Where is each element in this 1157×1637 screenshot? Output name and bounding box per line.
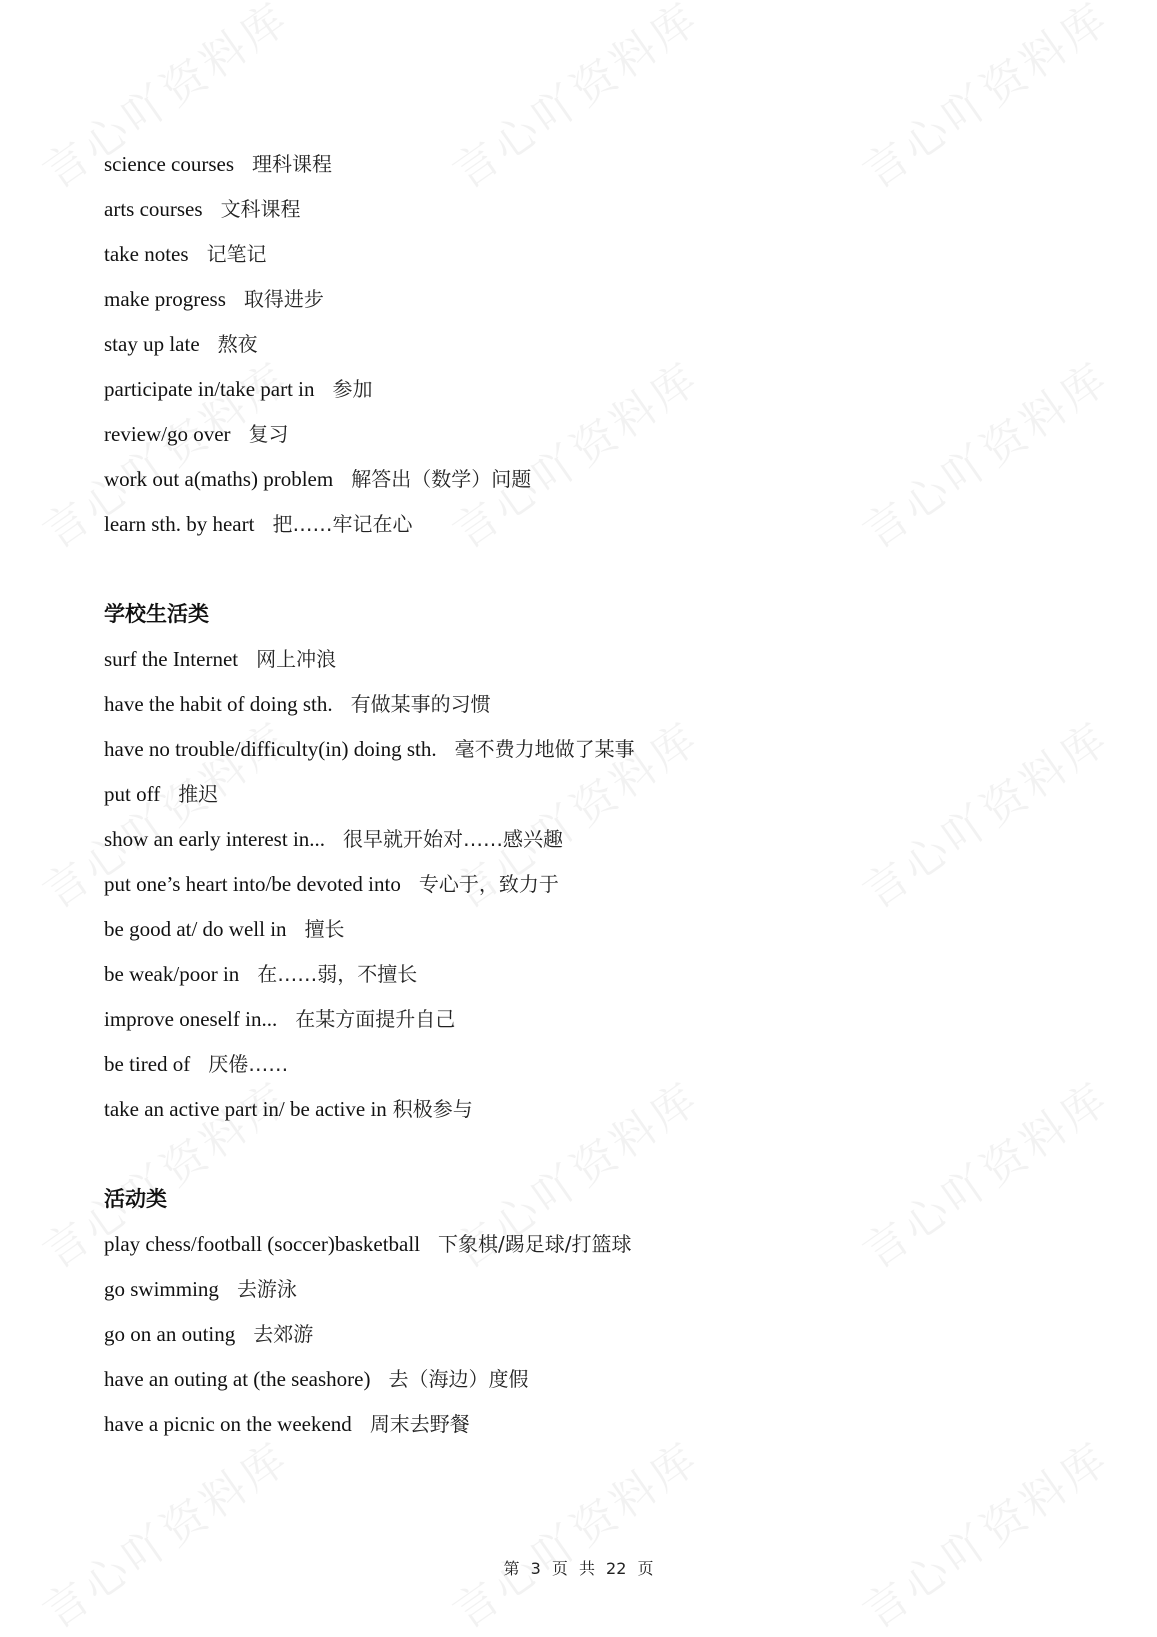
vocab-entry: go on an outing去郊游	[104, 1321, 313, 1347]
vocab-entry: make progress取得进步	[104, 286, 324, 312]
page-number-footer: 第 3 页 共 22 页	[0, 1556, 1157, 1579]
vocab-entry: be weak/poor in在……弱，不擅长	[104, 961, 417, 987]
watermark: 言心吖资料库	[848, 1423, 1121, 1637]
vocab-entry: play chess/football (soccer)basketball下象…	[104, 1231, 632, 1257]
vocab-entry: put one’s heart into/be devoted into专心于，…	[104, 871, 559, 897]
watermark: 言心吖资料库	[438, 343, 711, 561]
vocab-entry: work out a(maths) problem解答出（数学）问题	[104, 466, 531, 492]
vocab-entry: learn sth. by heart把……牢记在心	[104, 511, 412, 537]
watermark: 言心吖资料库	[848, 0, 1121, 201]
vocab-entry: take notes记笔记	[104, 241, 267, 267]
watermark: 言心吖资料库	[438, 1423, 711, 1637]
watermark: 言心吖资料库	[28, 1423, 301, 1637]
vocab-entry: have no trouble/difficulty(in) doing sth…	[104, 736, 635, 762]
vocab-entry: science courses理科课程	[104, 151, 332, 177]
watermark: 言心吖资料库	[848, 343, 1121, 561]
vocab-entry: be tired of厌倦……	[104, 1051, 288, 1077]
section-heading: 学校生活类	[104, 601, 209, 627]
vocab-entry: have a picnic on the weekend周末去野餐	[104, 1411, 470, 1437]
vocab-entry: participate in/take part in参加	[104, 376, 373, 402]
vocab-entry: review/go over复习	[104, 421, 289, 447]
vocab-entry: stay up late熬夜	[104, 331, 258, 357]
section-heading: 活动类	[104, 1186, 167, 1212]
watermark: 言心吖资料库	[848, 1063, 1121, 1281]
vocab-entry: have an outing at (the seashore)去（海边）度假	[104, 1366, 528, 1392]
vocab-entry: take an active part in/ be active in积极参与	[104, 1096, 473, 1122]
vocab-entry: improve oneself in...在某方面提升自己	[104, 1006, 455, 1032]
vocab-entry: be good at/ do well in擅长	[104, 916, 345, 942]
vocab-entry: arts courses文科课程	[104, 196, 301, 222]
vocab-entry: put off推迟	[104, 781, 218, 807]
watermark: 言心吖资料库	[848, 703, 1121, 921]
vocab-entry: surf the Internet网上冲浪	[104, 646, 336, 672]
vocab-entry: show an early interest in...很早就开始对……感兴趣	[104, 826, 563, 852]
watermark: 言心吖资料库	[438, 0, 711, 201]
vocab-entry: have the habit of doing sth.有做某事的习惯	[104, 691, 491, 717]
vocab-entry: go swimming去游泳	[104, 1276, 297, 1302]
